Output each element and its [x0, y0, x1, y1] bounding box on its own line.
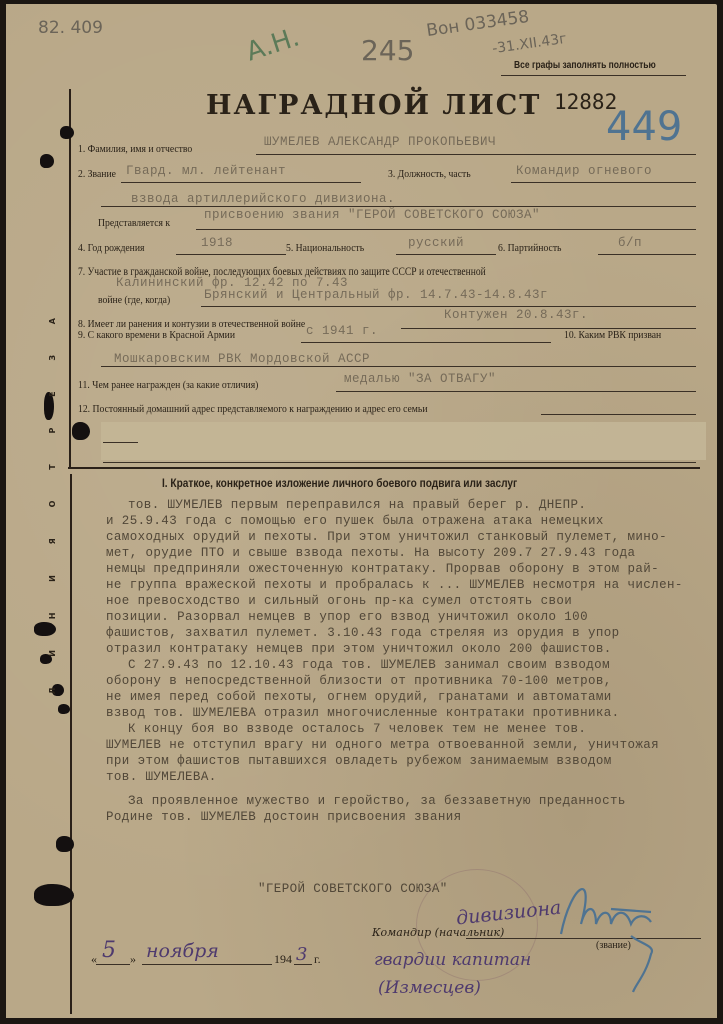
field-9-label: 9. С какого времени в Красной Армии	[78, 329, 235, 341]
text-line: Родине тов. ШУМЕЛЕВ достоин присвоения з…	[106, 809, 716, 825]
page-title: НАГРАДНОЙ ЛИСТ	[206, 90, 541, 121]
field-7-label-2: войне (где, когда)	[98, 294, 170, 306]
field-4-value: 1918	[201, 236, 233, 250]
field-4-underline	[176, 254, 286, 255]
text-line: фашистов, захватил пулемет. 3.10.43 года…	[106, 625, 716, 641]
presented-underline	[196, 229, 696, 230]
merit-description: тов. ШУМЕЛЕВ первым переправился на прав…	[106, 497, 716, 825]
field-7-underline	[201, 306, 696, 307]
text-line: За проявленное мужество и геройство, за …	[106, 793, 716, 809]
punch-hole	[72, 422, 90, 440]
margin-line	[69, 89, 71, 469]
section-heading: I. Краткое, конкретное изложение личного…	[162, 478, 517, 490]
text-line: немцы предприняли ожесточенную контратак…	[106, 561, 716, 577]
date-day: 5	[102, 938, 116, 963]
field-11-value: медалью "ЗА ОТВАГУ"	[344, 372, 496, 386]
text-line: самоходных орудий и пехоты. При этом уни…	[106, 529, 716, 545]
field-11-label: 11. Чем ранее награжден (за какие отличи…	[78, 379, 258, 391]
field-10-value: Мошкаровским РВК Мордовской АССР	[114, 352, 370, 366]
field-5-value: русский	[408, 236, 464, 250]
signature-scribble	[541, 864, 661, 994]
text-line: тов. ШУМЕЛЕВ первым переправился на прав…	[106, 497, 716, 513]
field-3-value-cont: взвода артиллерийского дивизиона.	[131, 192, 395, 206]
award-sheet-page: 82. 409 А.Н. 245 Вон 033458 -31.XII.43г …	[6, 4, 717, 1018]
order-reference: Вон 033458	[425, 7, 530, 41]
date-year-suffix: 3	[296, 944, 307, 965]
text-line: позиции. Разорвал немцев в упор его взво…	[106, 609, 716, 625]
green-annotation: А.Н.	[243, 22, 304, 67]
field-5-label: 5. Национальность	[286, 242, 364, 254]
field-5-underline	[396, 254, 496, 255]
field-12-short-line	[103, 442, 138, 443]
punch-hole	[34, 884, 74, 906]
field-2-label: 2. Звание	[78, 168, 116, 180]
text-line: и 25.9.43 года с помощью его пушек была …	[106, 513, 716, 529]
text-line: К концу боя во взводе осталось 7 человек…	[106, 721, 716, 737]
field-12-line-2	[103, 462, 696, 463]
date-month-underline	[142, 964, 272, 965]
text-line: не имея перед собой пехоты, огнем орудий…	[106, 689, 716, 705]
text-line: отразил контратаку немцев при этом уничт…	[106, 641, 716, 657]
punch-hole	[58, 704, 70, 714]
date-year-prefix: 194	[274, 952, 292, 967]
field-1-value: ШУМЕЛЕВ АЛЕКСАНДР ПРОКОПЬЕВИЧ	[264, 135, 496, 149]
date-month: ноября	[146, 940, 219, 962]
field-2-value: Гвард. мл. лейтенант	[126, 164, 286, 178]
field-3-label: 3. Должность, часть	[388, 168, 471, 180]
instruction-text: Все графы заполнять полностью	[514, 60, 656, 71]
date-year-unit: г.	[314, 952, 321, 967]
archive-number: 82. 409	[38, 18, 103, 38]
award-title-line: "ГЕРОЙ СОВЕТСКОГО СОЮЗА"	[258, 882, 448, 896]
redacted-address	[101, 422, 706, 460]
date-day-underline	[96, 964, 130, 965]
field-3-underline	[511, 182, 696, 183]
text-line: С 27.9.43 по 12.10.43 года тов. ШУМЕЛЕВ …	[106, 657, 716, 673]
presented-label: Представляется к	[98, 217, 170, 229]
field-6-label: 6. Партийность	[498, 242, 561, 254]
cut-line-label: Л И Н И Я О Т Р Е З А	[48, 304, 57, 694]
text-line: взвод тов. ШУМЕЛЕВА отразил многочисленн…	[106, 705, 716, 721]
field-4-label: 4. Год рождения	[78, 242, 144, 254]
text-line: оборону в непосредственной близости от п…	[106, 673, 716, 689]
handwritten-name: (Измесцев)	[378, 978, 481, 998]
field-1-underline	[256, 154, 696, 155]
text-line: при этом фашистов пытавшихся овладеть ру…	[106, 753, 716, 769]
field-8-value: Контужен 20.8.43г.	[444, 308, 588, 322]
presented-value: присвоению звания "ГЕРОЙ СОВЕТСКОГО СОЮЗ…	[204, 208, 540, 222]
field-12-underline	[541, 414, 696, 415]
field-3-cont-underline	[101, 206, 696, 207]
text-line: ное превосходство и сильный огонь пр-ка …	[106, 593, 716, 609]
field-9-value: с 1941 г.	[306, 324, 378, 338]
handwritten-rank: гвардии капитан	[374, 950, 531, 970]
margin-line-lower	[70, 474, 72, 1014]
date-year-underline	[294, 964, 312, 965]
field-10-underline	[101, 366, 696, 367]
field-7-value-2: Брянский и Центральный фр. 14.7.43-14.8.…	[204, 288, 548, 302]
punch-hole	[60, 126, 74, 139]
blue-ink-number: 449	[606, 104, 682, 150]
field-11-underline	[336, 391, 696, 392]
date-close-quote: »	[130, 952, 136, 967]
field-12-label: 12. Постоянный домашний адрес представля…	[78, 403, 428, 415]
punch-hole	[40, 154, 54, 168]
field-6-underline	[598, 254, 696, 255]
section-divider	[68, 467, 700, 469]
text-line: не группа вражеской пехоты и пробралась …	[106, 577, 716, 593]
field-9-underline	[301, 342, 551, 343]
text-line: ШУМЕЛЕВ не отступил врагу ни одного метр…	[106, 737, 716, 753]
field-1-label: 1. Фамилия, имя и отчество	[78, 143, 192, 155]
field-10-label: 10. Каким РВК призван	[564, 329, 661, 341]
field-6-value: б/п	[618, 236, 642, 250]
text-line: тов. ШУМЕЛЕВА.	[106, 769, 716, 785]
field-2-underline	[121, 182, 361, 183]
text-line: мет, орудие ПТО и свыше взвода пехоты. Н…	[106, 545, 716, 561]
punch-hole	[56, 836, 74, 852]
instruction-underline	[501, 75, 686, 76]
order-date: -31.XII.43г	[491, 31, 567, 57]
field-3-value: Командир огневого	[516, 164, 652, 178]
pencil-number: 245	[361, 34, 414, 67]
